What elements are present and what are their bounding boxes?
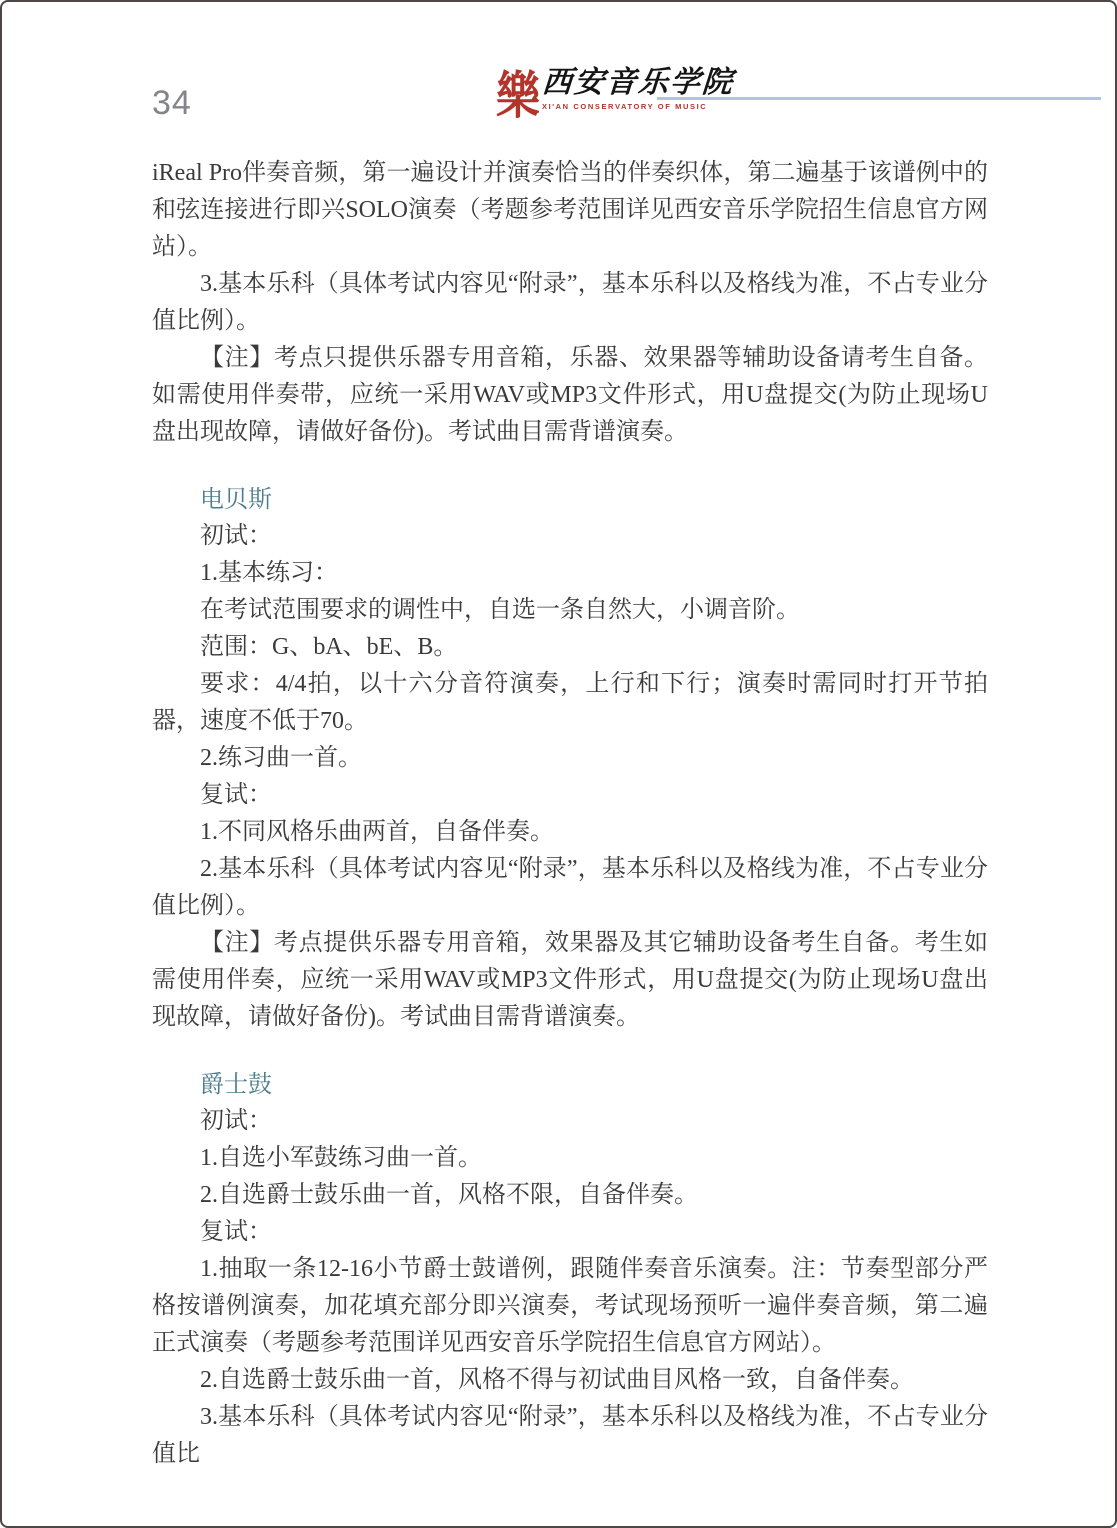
conservatory-name-zh: 西安音乐学院 <box>541 66 735 100</box>
paragraph: 【注】考点只提供乐器专用音箱，乐器、效果器等辅助设备请考生自备。如需使用伴奏带，… <box>152 340 988 451</box>
paragraph: 复试： <box>152 777 988 814</box>
paragraph: 3.基本乐科（具体考试内容见“附录”，基本乐科以及格线为准，不占专业分值比 <box>152 1399 988 1473</box>
page-number: 34 <box>152 84 192 123</box>
section-heading-electric-bass: 电贝斯 <box>152 481 988 518</box>
paragraph: 3.基本乐科（具体考试内容见“附录”，基本乐科以及格线为准，不占专业分值比例）。 <box>152 266 988 340</box>
logo-text-block: 西安音乐学院 XI'AN CONSERVATORY OF MUSIC <box>542 66 734 111</box>
header-rule <box>657 97 1101 100</box>
paragraph: 2.自选爵士鼓乐曲一首，风格不限，自备伴奏。 <box>152 1177 988 1214</box>
paragraph: 【注】考点提供乐器专用音箱，效果器及其它辅助设备考生自备。考生如需使用伴奏，应统… <box>152 925 988 1036</box>
conservatory-name-en: XI'AN CONSERVATORY OF MUSIC <box>542 102 734 111</box>
paragraph: 在考试范围要求的调性中，自选一条自然大，小调音阶。 <box>152 592 988 629</box>
paragraph: 2.自选爵士鼓乐曲一首，风格不得与初试曲目风格一致，自备伴奏。 <box>152 1362 988 1399</box>
paragraph: 1.基本练习： <box>152 555 988 592</box>
conservatory-seal-icon: 樂 <box>496 66 536 133</box>
document-body: iReal Pro伴奏音频，第一遍设计并演奏恰当的伴奏织体，第二遍基于该谱例中的… <box>152 155 988 1473</box>
paragraph: 1.不同风格乐曲两首，自备伴奏。 <box>152 814 988 851</box>
paragraph: 1.自选小军鼓练习曲一首。 <box>152 1140 988 1177</box>
paragraph: 2.基本乐科（具体考试内容见“附录”，基本乐科以及格线为准，不占专业分值比例）。 <box>152 851 988 925</box>
paragraph: 范围：G、bA、bE、B。 <box>152 629 988 666</box>
section-heading-jazz-drums: 爵士鼓 <box>152 1066 988 1103</box>
paragraph: 初试： <box>152 1103 988 1140</box>
conservatory-logo: 樂 西安音乐学院 XI'AN CONSERVATORY OF MUSIC <box>496 66 734 124</box>
document-page: 34 樂 西安音乐学院 XI'AN CONSERVATORY OF MUSIC … <box>0 0 1117 1528</box>
paragraph: iReal Pro伴奏音频，第一遍设计并演奏恰当的伴奏织体，第二遍基于该谱例中的… <box>152 155 988 266</box>
paragraph: 2.练习曲一首。 <box>152 740 988 777</box>
paragraph: 初试： <box>152 518 988 555</box>
paragraph: 复试： <box>152 1214 988 1251</box>
paragraph: 1.抽取一条12-16小节爵士鼓谱例，跟随伴奏音乐演奏。注：节奏型部分严格按谱例… <box>152 1251 988 1362</box>
paragraph: 要求：4/4拍，以十六分音符演奏，上行和下行；演奏时需同时打开节拍器，速度不低于… <box>152 666 988 740</box>
